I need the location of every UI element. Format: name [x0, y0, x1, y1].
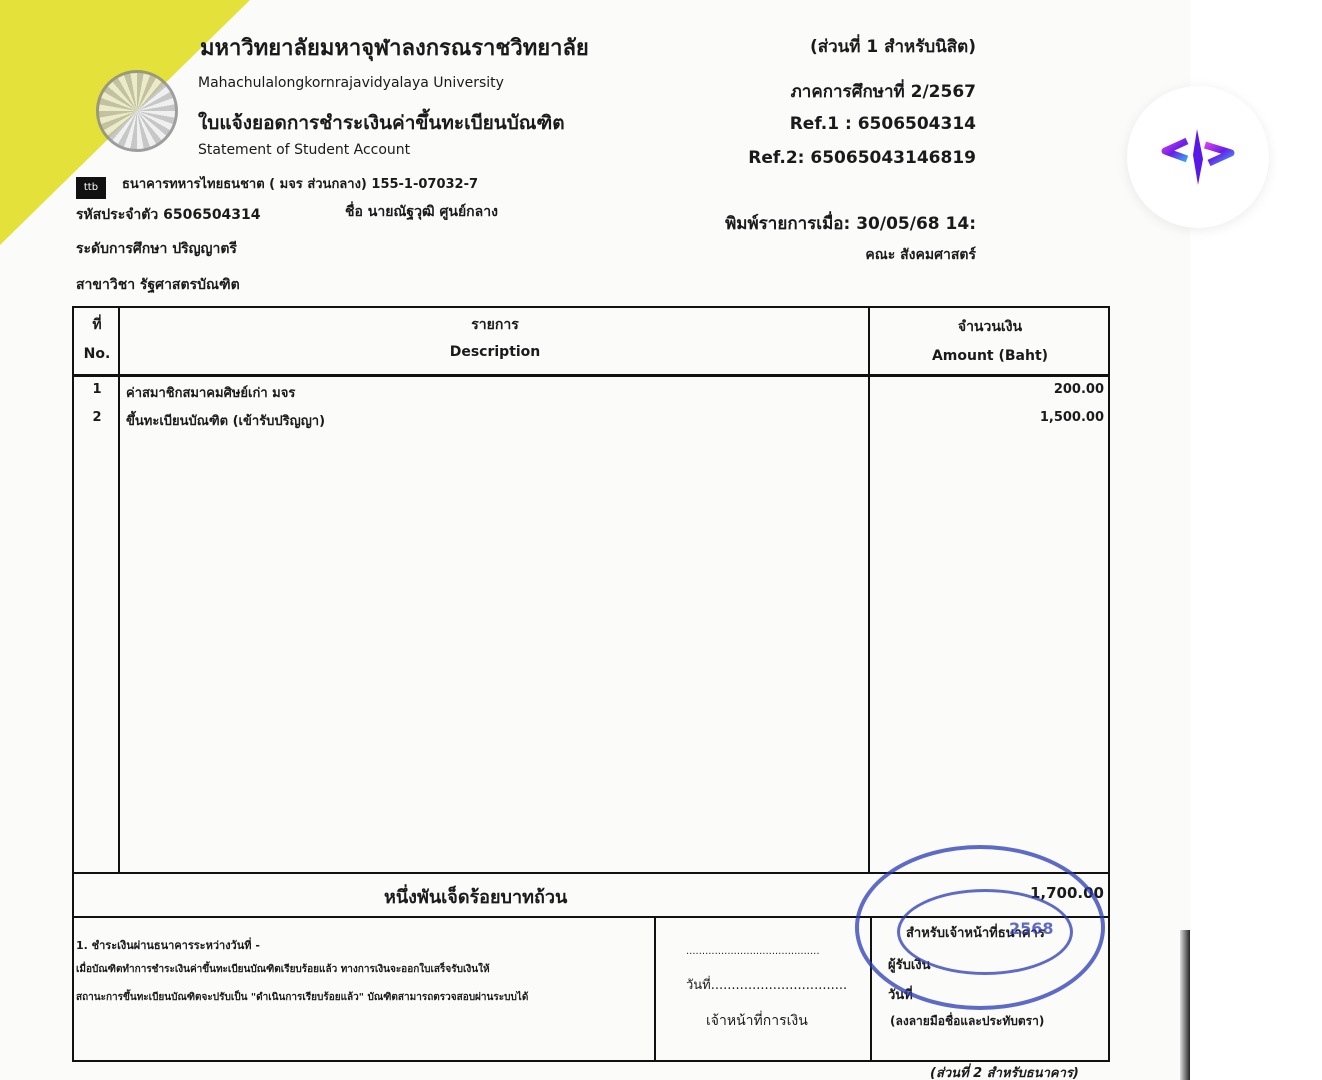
part-label: (ส่วนที่ 1 สำหรับนิสิต): [810, 33, 976, 60]
row-no: 1: [74, 382, 120, 397]
bank-account: ธนาคารทหารไทยธนชาต ( มจร ส่วนกลาง) 155-1…: [122, 173, 478, 194]
payment-note-1: 1. ชำระเงินผ่านธนาคารระหว่างวันที่ -: [76, 936, 260, 954]
education-level: ระดับการศึกษา ปริญญาตรี: [76, 238, 237, 260]
total-text: หนึ่งพันเจ็ดร้อยบาทถ้วน: [384, 882, 567, 911]
col-desc-en: Description: [120, 344, 870, 360]
major: สาขาวิชา รัฐศาสตรบัณฑิต: [76, 274, 240, 296]
part2-label: (ส่วนที่ 2 สำหรับธนาคาร): [930, 1062, 1079, 1080]
ai-assistant-button[interactable]: [1127, 86, 1269, 228]
ref2: Ref.2: 65065043146819: [748, 148, 976, 168]
col-amt-en: Amount (Baht): [870, 348, 1110, 364]
paper-shadow: [1180, 930, 1190, 1080]
university-name-th: มหาวิทยาลัยมหาจุฬาลงกรณราชวิทยาลัย: [200, 30, 589, 65]
signature-line: ........................................…: [686, 946, 820, 957]
sparkle-code-icon: [1153, 117, 1243, 197]
statement-title-th: ใบแจ้งยอดการชำระเงินค่าขึ้นทะเบียนบัณฑิต: [198, 108, 565, 138]
statement-document: มหาวิทยาลัยมหาจุฬาลงกรณราชวิทยาลัย Mahac…: [0, 0, 1190, 1080]
statement-title-en: Statement of Student Account: [198, 142, 410, 158]
stamp-text: 2568: [1009, 919, 1054, 938]
table-header: ที่ No. รายการ Description จำนวนเงิน Amo…: [74, 308, 1108, 377]
finance-officer: เจ้าหน้าที่การเงิน: [706, 1010, 808, 1032]
university-name-en: Mahachulalongkornrajavidyalaya Universit…: [198, 75, 504, 91]
ref1: Ref.1 : 6506504314: [790, 114, 976, 134]
payment-note-2: เมื่อบัณฑิตทำการชำระเงินค่าขึ้นทะเบียนบั…: [76, 962, 490, 977]
student-id: รหัสประจำตัว 6506504314: [76, 204, 261, 226]
academic-term: ภาคการศึกษาที่ 2/2567: [791, 78, 976, 105]
row-desc: ค่าสมาชิกสมาคมศิษย์เก่า มจร: [126, 382, 295, 403]
row-amount: 200.00: [1054, 382, 1104, 397]
table-row: 1 ค่าสมาชิกสมาคมศิษย์เก่า มจร 200.00: [74, 382, 1108, 410]
row-amount: 1,500.00: [1040, 410, 1104, 425]
col-amt-th: จำนวนเงิน: [870, 316, 1110, 338]
col-no-en: No.: [74, 346, 120, 362]
payment-note-3: สถานะการขึ้นทะเบียนบัณฑิตจะปรับเป็น "ดำเ…: [76, 990, 528, 1005]
row-desc: ขึ้นทะเบียนบัณฑิต (เข้ารับปริญญา): [126, 410, 325, 431]
sign-note: (ลงลายมือชื่อและประทับตรา): [890, 1012, 1044, 1031]
divider: [654, 916, 656, 1062]
col-no-th: ที่: [74, 314, 120, 336]
row-no: 2: [74, 410, 120, 425]
table-body: 1 ค่าสมาชิกสมาคมศิษย์เก่า มจร 200.00 2 ข…: [74, 376, 1108, 872]
date-field: วันที่.................................: [686, 974, 847, 995]
faculty: คณะ สังคมศาสตร์: [865, 244, 976, 266]
student-name: ชื่อ นายณัฐวุฒิ ศูนย์กลาง: [345, 201, 498, 223]
bank-logo: ttb: [76, 177, 106, 199]
university-seal: [96, 70, 178, 152]
table-row: 2 ขึ้นทะเบียนบัณฑิต (เข้ารับปริญญา) 1,50…: [74, 410, 1108, 438]
col-desc-th: รายการ: [120, 314, 870, 336]
bank-stamp: 2568: [855, 845, 1105, 1010]
printed-at: พิมพ์รายการเมื่อ: 30/05/68 14:: [725, 210, 976, 237]
